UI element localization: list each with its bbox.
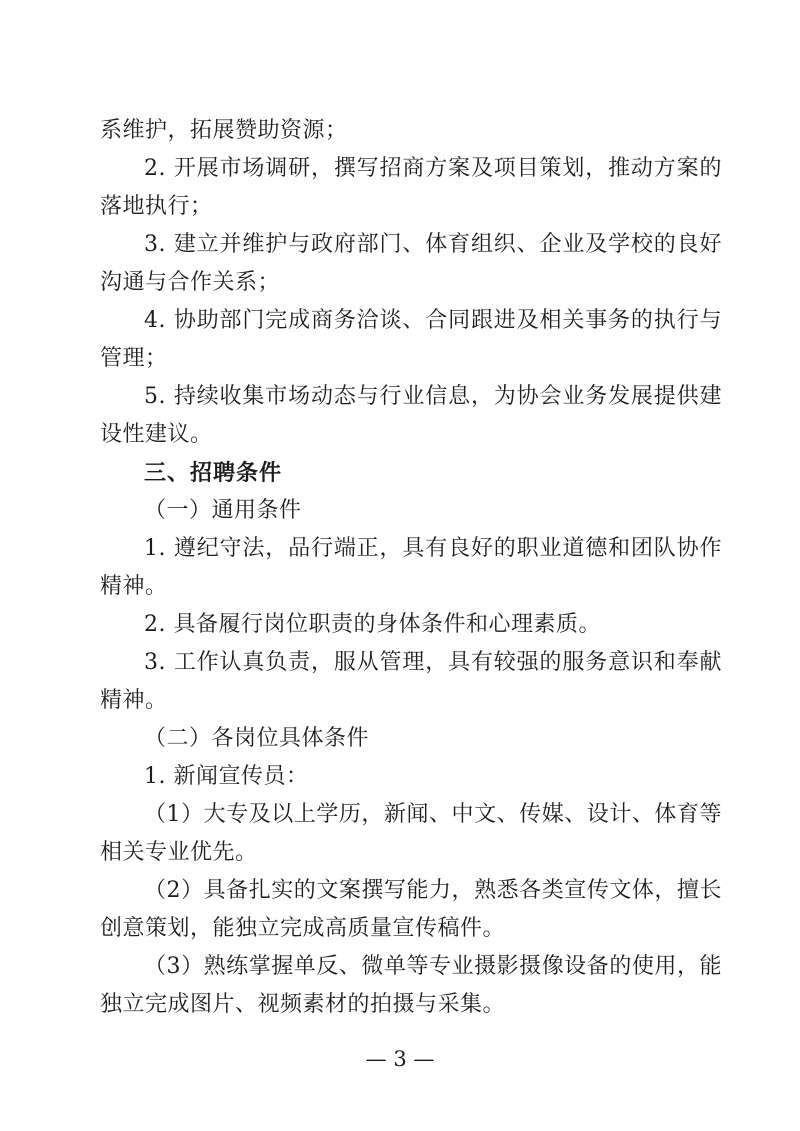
paragraph-duty-3: 3. 建立并维护与政府部门、体育组织、企业及学校的良好沟通与合作关系； (100, 226, 722, 302)
paragraph-requirement-2: （2）具备扎实的文案撰写能力，熟悉各类宣传文体，擅长创意策划，能独立完成高质量宣… (100, 872, 722, 948)
paragraph-requirement-3: （3）熟练掌握单反、微单等专业摄影摄像设备的使用，能独立完成图片、视频素材的拍摄… (100, 948, 722, 1024)
paragraph-position-news-publicity: 1. 新闻宣传员： (100, 758, 722, 796)
document-page: 系维护，拓展赞助资源； 2. 开展市场调研，撰写招商方案及项目策划，推动方案的落… (0, 0, 800, 1131)
paragraph-requirement-1: （1）大专及以上学历，新闻、中文、传媒、设计、体育等相关专业优先。 (100, 796, 722, 872)
paragraph-duty-2: 2. 开展市场调研，撰写招商方案及项目策划，推动方案的落地执行； (100, 150, 722, 226)
paragraph-general-1: 1. 遵纪守法，品行端正，具有良好的职业道德和团队协作精神。 (100, 530, 722, 606)
section-heading-recruitment-conditions: 三、招聘条件 (100, 454, 722, 492)
page-number: — 3 — (0, 1042, 800, 1076)
subsection-heading-general-conditions: （一）通用条件 (100, 492, 722, 530)
subsection-heading-specific-conditions: （二）各岗位具体条件 (100, 720, 722, 758)
paragraph-duty-4: 4. 协助部门完成商务洽谈、合同跟进及相关事务的执行与管理； (100, 302, 722, 378)
document-body: 系维护，拓展赞助资源； 2. 开展市场调研，撰写招商方案及项目策划，推动方案的落… (100, 112, 722, 1024)
paragraph-general-3: 3. 工作认真负责，服从管理，具有较强的服务意识和奉献精神。 (100, 644, 722, 720)
paragraph-duty-5: 5. 持续收集市场动态与行业信息，为协会业务发展提供建设性建议。 (100, 378, 722, 454)
paragraph-general-2: 2. 具备履行岗位职责的身体条件和心理素质。 (100, 606, 722, 644)
paragraph-continuation: 系维护，拓展赞助资源； (100, 112, 722, 150)
